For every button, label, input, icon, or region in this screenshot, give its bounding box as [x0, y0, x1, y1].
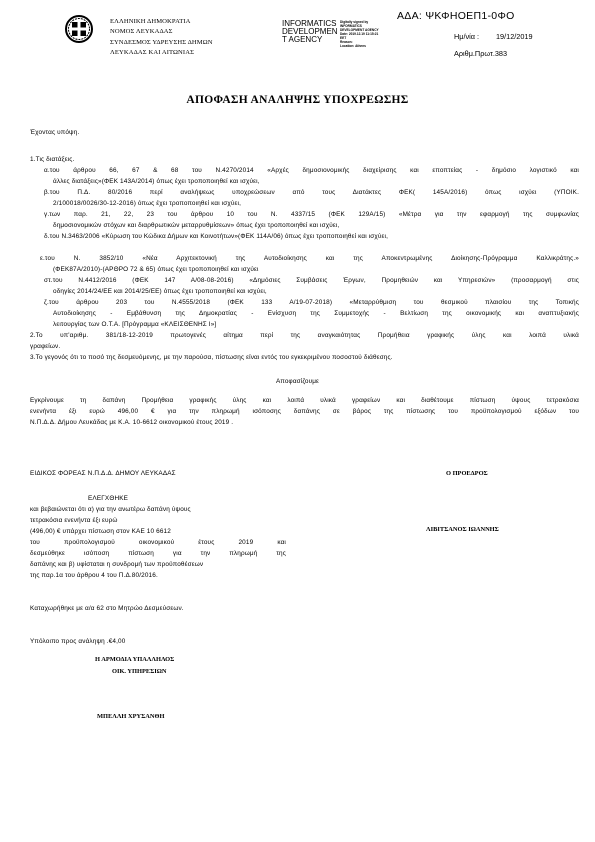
decision-text: Εγκρίνουμε τη δαπάνη Προμήθεια γραφικής …	[30, 395, 579, 406]
provision-e-cont: (ΦΕΚ87Α/2010)-(ΑΡΘΡΟ 72 & 65) όπως έχει …	[53, 264, 259, 275]
check-line: δαπάνης και β) υφίσταται η συνδρομή των …	[30, 559, 203, 570]
president-title: Ο ΠΡΟΕΔΡΟΣ	[446, 470, 488, 477]
point-2-cont: γραφείων.	[30, 341, 60, 352]
date-label: Ημ/νία :	[454, 32, 479, 41]
document-title: ΑΠΟΦΑΣΗ ΑΝΑΛΗΨΗΣ ΥΠΟΧΡΕΩΣΗΣ	[0, 94, 595, 106]
provision-c-cont: δημοσιονομικών στόχων και διαρθρωτικών μ…	[53, 220, 339, 231]
date-value: 19/12/2019	[496, 32, 533, 41]
ida-logo: INFORMATICS DEVELOPMEN T AGENCY	[282, 20, 338, 45]
provision-a: α.του άρθρου 66, 67 & 68 του Ν.4270/2014…	[44, 165, 579, 176]
ida-logo-line: T AGENCY	[282, 36, 338, 44]
check-line: δεσμεύθηκε ισόποση πίστωση για την πληρω…	[30, 548, 286, 559]
remaining-amount: Υπόλοιπο προς ανάληψη .€4,00	[30, 636, 125, 647]
provision-f: στ.του Ν.4412/2016 (ΦΕΚ 147 Α/08-08-2016…	[44, 275, 579, 286]
provision-g-cont: Αυτοδιοίκησης - Εμβάθυνση της Δημοκρατία…	[53, 308, 579, 319]
issuer-header: ΕΛΛΗΝΙΚΗ ΔΗΜΟΚΡΑΤΙΑ ΝΟΜΟΣ ΛΕΥΚΑΔΑΣ ΣΥΝΔΕ…	[110, 17, 213, 59]
protocol-number: Αριθμ.Πρωτ.383	[454, 49, 507, 58]
decision-text-cont2: Ν.Π.Δ.Δ. Δήμου Λευκάδας με Κ.Α. 10-6612 …	[30, 417, 233, 428]
issuer-line: ΕΛΛΗΝΙΚΗ ΔΗΜΟΚΡΑΤΙΑ	[110, 17, 213, 27]
provision-c: γ.των παρ. 21, 22, 23 του άρθρου 10 του …	[44, 209, 579, 220]
section-heading: 1.Τις διατάξεις.	[30, 154, 74, 165]
check-line: τετρακόσια ενενήντα έξι ευρώ	[30, 515, 118, 526]
provision-d: δ.του Ν.3463/2006 «Κύρωση του Κώδικα Δήμ…	[44, 231, 388, 242]
check-line: του προϋπολογισμού οικονομικού έτους 201…	[30, 537, 286, 548]
president-name: ΛΙΒΙΤΣΑΝΟΣ ΙΩΑΝΝΗΣ	[426, 526, 499, 533]
check-line: (496,00) € υπάρχει πίστωση στον ΚΑΕ 10 6…	[30, 526, 171, 537]
provision-g-cont2: λειτουργίας των Ο.Τ.Α. [Πρόγραμμα «ΚΛΕΙΣ…	[53, 319, 216, 330]
officer-name: ΜΠΕΛΛΗ ΧΡΥΣΑΝΘΗ	[97, 713, 164, 720]
point-2: 2.Το υπ'αριθμ. 381/18-12-2019 πρωτογενές…	[30, 330, 579, 341]
issuer-line: ΛΕΥΚΑΔΑΣ ΚΑΙ ΑΙΤΩΝΙΑΣ	[110, 48, 213, 58]
greek-emblem-icon	[64, 14, 94, 44]
check-line: και βεβαιώνεται ότι α) για την ανωτέρω δ…	[30, 504, 191, 515]
provision-b: β.του Π.Δ. 80/2016 περί αναλήψεως υποχρε…	[44, 187, 579, 198]
decide-heading: Αποφασίζουμε	[0, 376, 595, 387]
ada-code: ΑΔΑ: ΨΚΦΗΟΕΠ1-0ΦΟ	[397, 10, 515, 22]
agency-name: ΕΙΔΙΚΟΣ ΦΟΡΕΑΣ Ν.Π.Δ.Δ. ΔΗΜΟΥ ΛΕΥΚΑΔΑΣ	[30, 468, 176, 479]
officer-title: Η ΑΡΜΟΔΙΑ ΥΠΑΛΛΗΛΟΣ	[95, 656, 174, 663]
provision-a-cont: άλλες διατάξεις»(ΦΕΚ 143Α/2014) όπως έχε…	[53, 176, 260, 187]
registry-entry: Καταχωρήθηκε με α/α 62 στο Μητρώο Δεσμεύ…	[30, 603, 184, 614]
point-3: 3.Το γεγονός ότι το ποσό της δεσμευόμενη…	[30, 352, 393, 363]
provision-f-cont: οδηγίες 2014/24/ΕΕ και 2014/25/ΕΕ) όπως …	[53, 286, 267, 297]
digital-signature-stamp: Digitally signed by INFORMATICS DEVELOPM…	[340, 20, 379, 48]
checked-heading: ΕΛΕΓΧΘΗΚΕ	[88, 493, 128, 504]
decision-text-cont: ενενήντα έξι ευρώ 496,00 € για την πληρω…	[30, 406, 579, 417]
provision-e: ε.του Ν. 3852/10 «Νέα Αρχιτεκτονική της …	[40, 253, 579, 264]
signature-line: Location: Athens	[340, 44, 379, 48]
issuer-line: ΣΥΝΔΕΣΜΟΣ ΥΔΡΕΥΣΗΣ ΔΗΜΩΝ	[110, 38, 213, 48]
issuer-line: ΝΟΜΟΣ ΛΕΥΚΑΔΑΣ	[110, 27, 213, 37]
check-line: της παρ.1α του άρθρου 4 του Π.Δ.80/2016.	[30, 570, 158, 581]
intro-text: Έχοντας υπόψη.	[30, 127, 79, 138]
officer-department: ΟΙΚ. ΥΠΗΡΕΣΙΩΝ	[112, 668, 167, 675]
provision-b-cont: 2/100018/0026/30-12-2016) όπως έχει τροπ…	[53, 198, 241, 209]
provision-g: ζ.του άρθρου 203 του Ν.4555/2018 (ΦΕΚ 13…	[44, 297, 579, 308]
